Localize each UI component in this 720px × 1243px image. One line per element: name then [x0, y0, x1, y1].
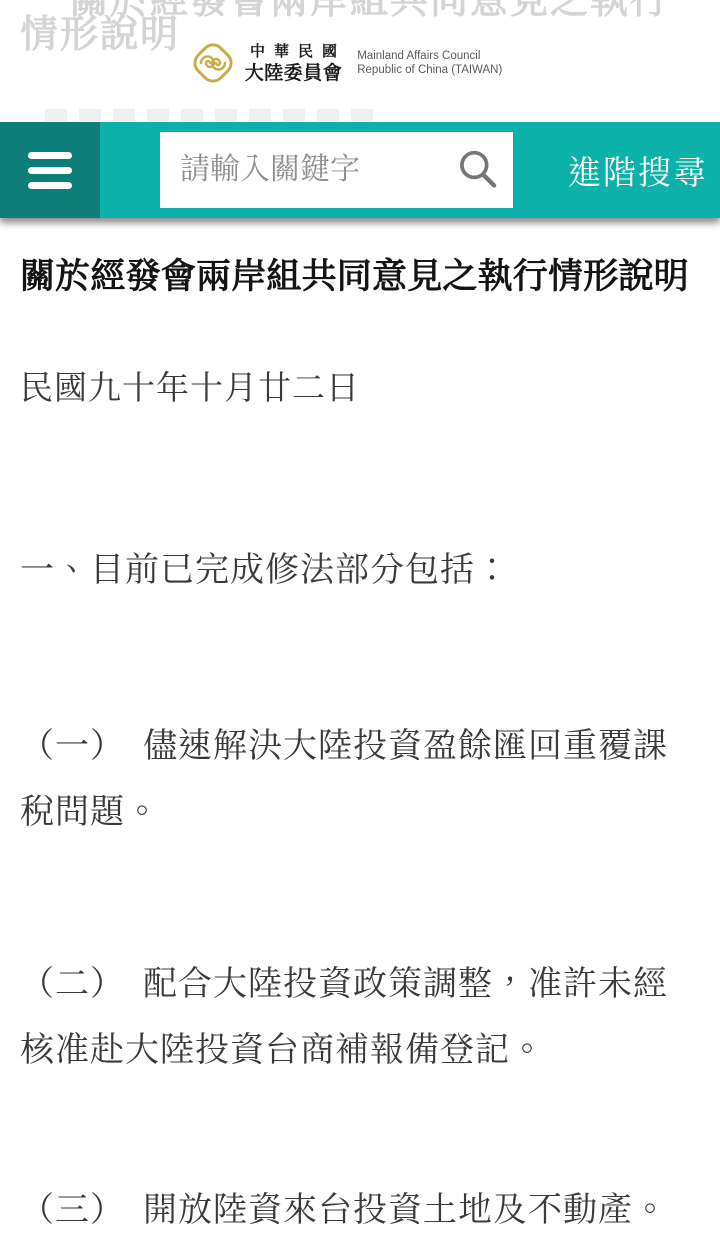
document-date: 民國九十年十月廿二日: [20, 362, 700, 409]
hamburger-menu-button[interactable]: [0, 122, 100, 218]
logo-country-name-en: Republic of China (TAIWAN): [357, 63, 502, 77]
search-input[interactable]: [180, 153, 451, 187]
document-content: 關於經發會兩岸組共同意見之執行情形說明 民國九十年十月廿二日 一、目前已完成修法…: [0, 254, 720, 1243]
hamburger-icon: [28, 167, 72, 174]
advanced-search-button[interactable]: 進階搜尋: [568, 147, 708, 194]
page-title: 關於經發會兩岸組共同意見之執行情形說明: [20, 254, 700, 300]
hamburger-icon: [28, 182, 72, 189]
site-header: 中華民國 大陸委員會 Mainland Affairs Council Repu…: [0, 0, 720, 122]
hamburger-icon: [28, 152, 72, 159]
search-box: [160, 132, 513, 208]
magnifier-icon: [457, 149, 499, 191]
section-heading: 一、目前已完成修法部分包括：: [20, 542, 700, 591]
search-submit-button[interactable]: [457, 149, 499, 191]
mac-emblem-icon: [190, 38, 236, 88]
logo-org-name-cjk: 中華民國 大陸委員會: [245, 41, 343, 85]
logo-org-name-en: Mainland Affairs Council Republic of Chi…: [357, 49, 502, 77]
mac-logo[interactable]: 中華民國 大陸委員會 Mainland Affairs Council Repu…: [0, 38, 706, 88]
paragraph-item-1: （一） 儘速解決大陸投資盈餘匯回重覆課稅問題。: [20, 713, 700, 845]
paragraph-item-3: （三） 開放陸資來台投資土地及不動產。: [20, 1177, 700, 1243]
logo-agency-name: 大陸委員會: [245, 61, 343, 85]
logo-country-name: 中華民國: [245, 41, 352, 61]
search-navbar: 進階搜尋: [0, 122, 720, 218]
paragraph-item-2: （二） 配合大陸投資政策調整，准許未經核准赴大陸投資台商補報備登記。: [20, 951, 700, 1083]
logo-agency-name-en: Mainland Affairs Council: [357, 49, 502, 63]
